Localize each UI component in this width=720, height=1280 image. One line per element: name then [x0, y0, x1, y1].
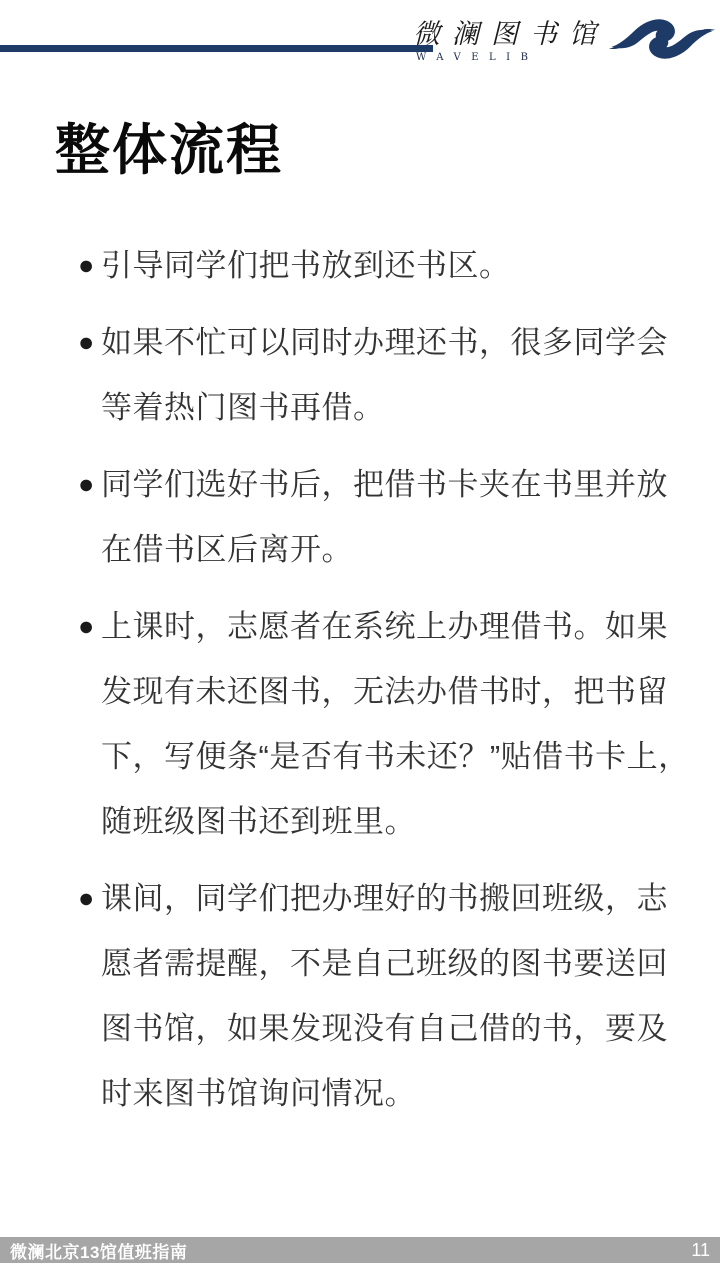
- bullet-text: 引导同学们把书放到还书区。: [101, 233, 694, 298]
- bullet-text: 课间，同学们把办理好的书搬回班级，志愿者需提醒，不是自己班级的图书要送回图书馆，…: [101, 866, 694, 1126]
- header-rule-line: [0, 45, 433, 52]
- bullet-dot-icon: ●: [78, 452, 101, 517]
- bullet-dot-icon: ●: [78, 233, 101, 298]
- list-item: ● 引导同学们把书放到还书区。: [78, 233, 694, 298]
- page-number: 11: [691, 1240, 710, 1261]
- brand-latin-name: WAVELIB: [413, 52, 608, 63]
- list-item: ● 同学们选好书后，把借书卡夹在书里并放在借书区后离开。: [78, 452, 694, 582]
- wave-logo-icon: [608, 10, 716, 68]
- bullet-text: 同学们选好书后，把借书卡夹在书里并放在借书区后离开。: [101, 452, 694, 582]
- brand-lockup: 微澜图书馆 WAVELIB: [413, 12, 608, 63]
- bullet-list: ● 引导同学们把书放到还书区。 ● 如果不忙可以同时办理还书，很多同学会等着热门…: [78, 233, 694, 1138]
- footer-bar: 微澜北京13馆值班指南 11: [0, 1237, 720, 1263]
- bullet-text: 上课时，志愿者在系统上办理借书。如果发现有未还图书，无法办借书时，把书留下，写便…: [101, 594, 694, 854]
- list-item: ● 课间，同学们把办理好的书搬回班级，志愿者需提醒，不是自己班级的图书要送回图书…: [78, 866, 694, 1126]
- bullet-text: 如果不忙可以同时办理还书，很多同学会等着热门图书再借。: [101, 310, 694, 440]
- bullet-dot-icon: ●: [78, 866, 101, 931]
- brand-name-calligraphy: 微澜图书馆: [413, 12, 608, 51]
- footer-guide-title: 微澜北京13馆值班指南: [10, 1238, 187, 1263]
- page-title: 整体流程: [55, 118, 283, 182]
- bullet-dot-icon: ●: [78, 310, 101, 375]
- bullet-dot-icon: ●: [78, 594, 101, 659]
- list-item: ● 如果不忙可以同时办理还书，很多同学会等着热门图书再借。: [78, 310, 694, 440]
- list-item: ● 上课时，志愿者在系统上办理借书。如果发现有未还图书，无法办借书时，把书留下，…: [78, 594, 694, 854]
